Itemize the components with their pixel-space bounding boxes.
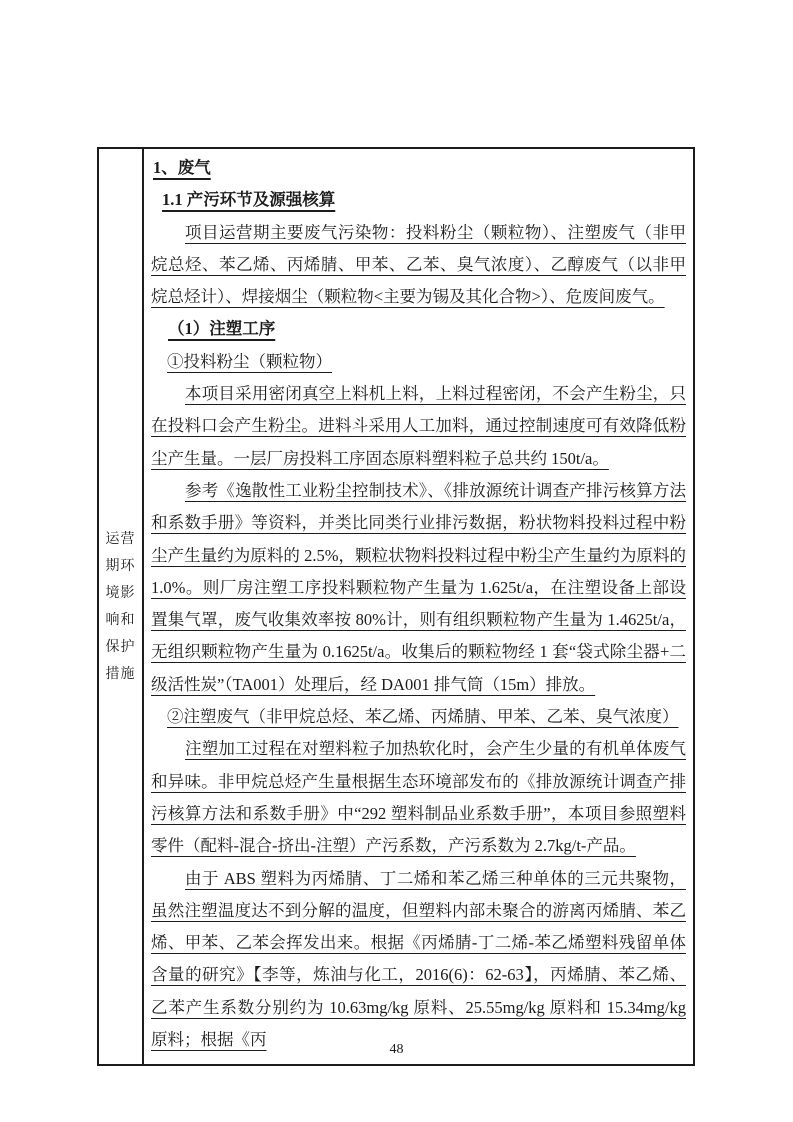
item-label-injection-waste-gas: ②注塑废气（非甲烷总烃、苯乙烯、丙烯腈、甲苯、乙苯、臭气浓度） [151,701,686,733]
section-heading-waste-gas: 1、废气 [151,152,686,184]
item-label-feeding-dust: ①投料粉尘（颗粒物） [151,346,686,378]
paragraph-pollutants-overview: 项目运营期主要废气污染物：投料粉尘（颗粒物）、注塑废气（非甲烷总烃、苯乙烯、丙烯… [151,217,686,314]
paragraph-dust-calculation: 参考《逸散性工业粉尘控制技术》、《排放源统计调查产排污核算方法和系数手册》等资料… [151,475,686,701]
content-table: 运营 期环 境影 响和 保护 措施 1、废气 1.1 产污环节及源强核算 项目运… [97,147,695,1066]
row-header-text: 境影 [106,580,136,607]
paragraph-abs-monomers: 由于 ABS 塑料为丙烯腈、丁二烯和苯乙烯三种单体的三元共聚物，虽然注塑温度达不… [151,863,686,1057]
paragraph-injection-waste-gas: 注塑加工过程在对塑料粒子加热软化时，会产生少量的有机单体废气和异味。非甲烷总烃产… [151,733,686,862]
content-cell: 1、废气 1.1 产污环节及源强核算 项目运营期主要废气污染物：投料粉尘（颗粒物… [144,149,693,1064]
page-number: 48 [0,1042,793,1058]
subsection-heading-source-accounting: 1.1 产污环节及源强核算 [151,184,686,216]
row-header-text: 措施 [106,661,136,688]
row-header-cell: 运营 期环 境影 响和 保护 措施 [99,149,144,1064]
process-heading-injection-molding: （1）注塑工序 [151,313,686,345]
row-header-text: 保护 [106,634,136,661]
row-header-text: 期环 [106,553,136,580]
document-page: 运营 期环 境影 响和 保护 措施 1、废气 1.1 产污环节及源强核算 项目运… [0,0,793,1122]
paragraph-feeding-dust: 本项目采用密闭真空上料机上料，上料过程密闭，不会产生粉尘，只在投料口会产生粉尘。… [151,378,686,475]
row-header-text: 运营 [106,526,136,553]
row-header-text: 响和 [106,607,136,634]
